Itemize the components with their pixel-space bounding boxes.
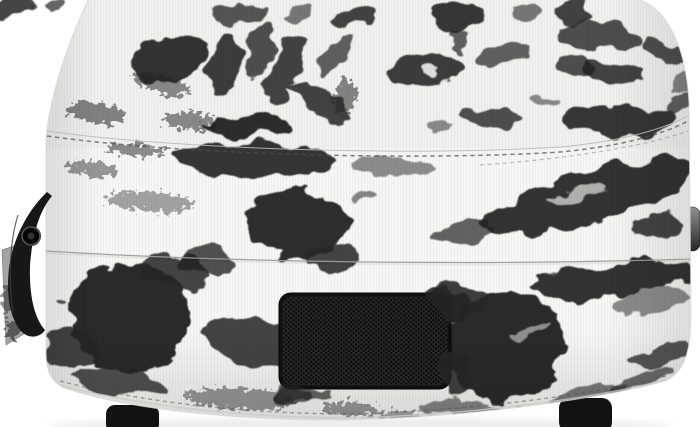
product-photo: Product photo of a portable suitcase-sty… (0, 0, 700, 427)
strap-grommet (21, 226, 41, 246)
record-player-case-photo: Product photo of a portable suitcase-sty… (0, 0, 700, 427)
grille-mesh (283, 297, 447, 385)
case-body (0, 0, 700, 427)
top-shading (0, 0, 700, 148)
left-foot (106, 405, 159, 427)
right-foot (559, 398, 612, 427)
speaker-grille (279, 293, 451, 389)
